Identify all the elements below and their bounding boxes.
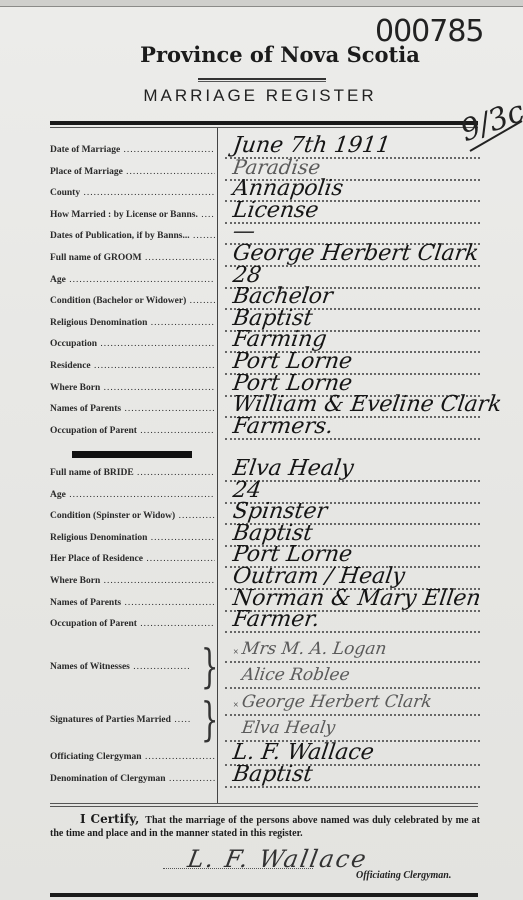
field-label: Occupation of Parent [50, 619, 215, 629]
field-label: Names of Parents [50, 598, 215, 608]
field-value: Paradise [231, 155, 322, 179]
field-value: Baptist [231, 762, 314, 787]
bride-section-bar [72, 451, 192, 458]
register-page: 000785 Province of Nova Scotia MARRIAGE … [0, 0, 523, 900]
field-dotted-line [225, 687, 480, 689]
field-label: How Married : by License or Banns. [50, 210, 215, 220]
field-label: Where Born [50, 383, 215, 393]
header-rule-thin [50, 127, 478, 128]
clergy-field: Denomination of ClergymanBaptist [50, 774, 480, 794]
page-subtitle: MARRIAGE REGISTER [0, 86, 520, 106]
signature-caption: Officiating Clergyman. [356, 870, 451, 881]
field-label: County [50, 188, 215, 198]
field-label: Age [50, 490, 215, 500]
field-label: Officiating Clergyman [50, 752, 215, 762]
bride-field: Occupation of ParentFarmer. [50, 619, 480, 639]
field-label: Occupation [50, 339, 215, 349]
field-value: Farmers. [231, 414, 335, 439]
groom-field: Occupation of ParentFarmers. [50, 426, 480, 446]
field-label: Full name of GROOM [50, 253, 215, 263]
field-label: Dates of Publication, if by Banns... [50, 231, 215, 241]
certify-lead: I Certify, [80, 812, 139, 826]
field-label: Religious Denomination [50, 318, 215, 328]
footer-rule-top [50, 803, 478, 804]
field-dotted-line [225, 661, 480, 663]
field-label: Residence [50, 361, 215, 371]
certification-text: I Certify,That the marriage of the perso… [50, 813, 480, 840]
field-label: Age [50, 275, 215, 285]
bride-field: Full name of BRIDEElva Healy [50, 468, 480, 488]
field-value: Alice Roblee [241, 665, 351, 685]
field-label: Condition (Bachelor or Widower) [50, 296, 215, 306]
marriage-field: How Married : by License or Banns.Licens… [50, 210, 480, 230]
witness-entry: Mrs M. A. Logan [50, 647, 480, 667]
field-label: Where Born [50, 576, 215, 586]
footer-rule [50, 893, 478, 897]
field-label: Religious Denomination [50, 533, 215, 543]
page-title: Province of Nova Scotia [0, 42, 520, 67]
field-label: Occupation of Parent [50, 426, 215, 436]
field-value: Elva Healy [241, 718, 337, 738]
field-label: Names of Parents [50, 404, 215, 414]
field-label: Condition (Spinster or Widow) [50, 511, 215, 521]
groom-field: Full name of GROOMGeorge Herbert Clark [50, 253, 480, 273]
field-value: George Herbert Clark [241, 692, 433, 712]
field-label: Denomination of Clergyman [50, 774, 215, 784]
field-label: Date of Marriage [50, 145, 215, 155]
field-label: Her Place of Residence [50, 554, 215, 564]
clergy-signature: L. F. Wallace [186, 845, 370, 873]
header-rule [50, 121, 478, 125]
top-edge [0, 0, 523, 7]
field-value: Farmer. [231, 607, 321, 632]
witness-entry: Alice Roblee [50, 673, 480, 693]
field-value: George Herbert Clark [231, 241, 480, 266]
signature-entry: George Herbert Clark [50, 700, 480, 720]
field-value: Mrs M. A. Logan [241, 639, 388, 659]
footer-rule-top2 [50, 806, 478, 807]
field-label: Place of Marriage [50, 167, 215, 177]
field-label: Full name of BRIDE [50, 468, 215, 478]
field-dotted-line [225, 714, 480, 716]
title-divider [198, 78, 326, 82]
